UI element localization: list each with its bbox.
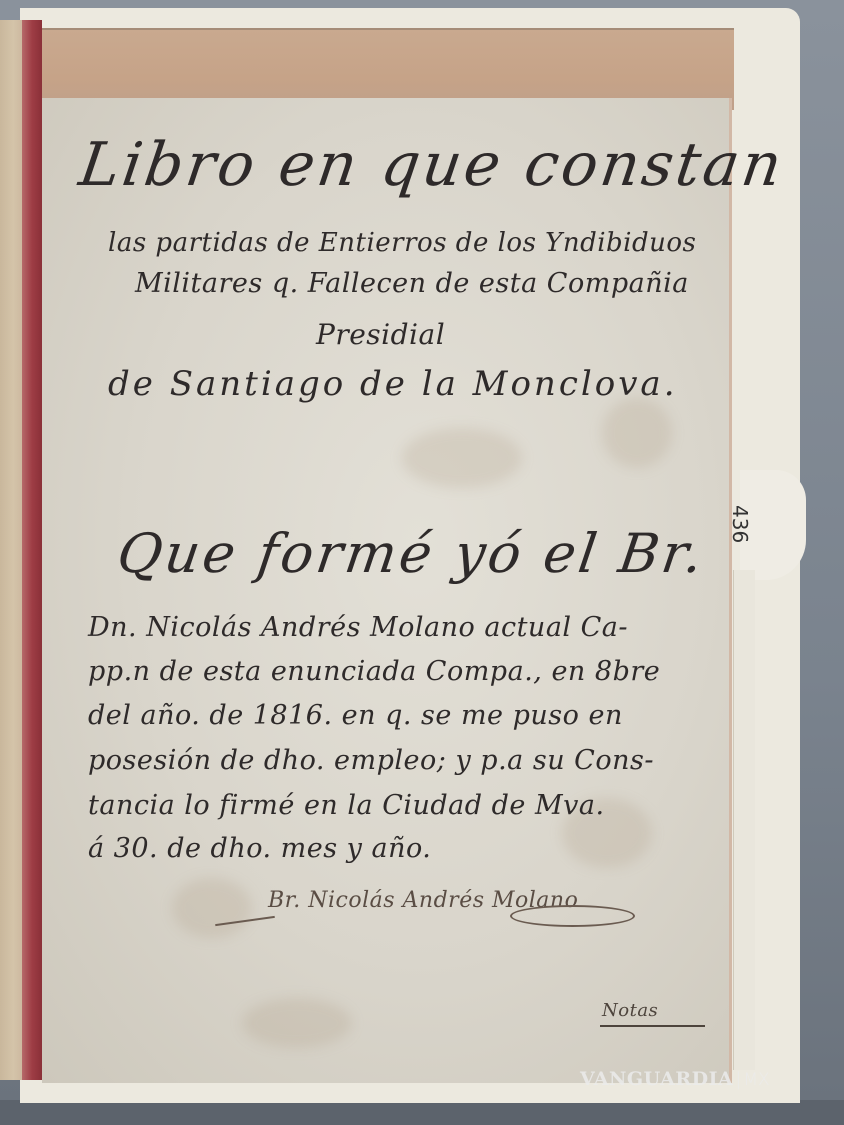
title-line-2: las partidas de Entierros de los Yndibid… bbox=[108, 228, 696, 258]
water-stain bbox=[402, 428, 522, 488]
body-line-5: tancia lo firmé en la Ciudad de Mva. bbox=[88, 790, 605, 821]
heading-line: Que formé yó el Br. bbox=[114, 522, 710, 585]
watermark: VANGUARDIA | MX bbox=[580, 1068, 770, 1090]
signature-flourish-icon bbox=[510, 905, 635, 927]
title-line-5: de Santiago de la Monclova. bbox=[108, 364, 678, 404]
title-line-1: Libro en que constan bbox=[75, 130, 789, 200]
title-line-4: Presidial bbox=[316, 318, 445, 351]
book-spine bbox=[0, 20, 22, 1080]
body-line-1: Dn. Nicolás Andrés Molano actual Ca- bbox=[88, 612, 628, 643]
water-stain bbox=[602, 398, 672, 468]
title-line-3: Militares q. Fallecen de esta Compañia bbox=[135, 268, 689, 299]
water-stain bbox=[242, 998, 352, 1048]
table-surface bbox=[0, 1100, 844, 1125]
watermark-tld: MX bbox=[743, 1070, 769, 1090]
watermark-separator: | bbox=[735, 1069, 741, 1090]
water-stain bbox=[172, 878, 252, 938]
notes-label: Notas bbox=[602, 1000, 658, 1021]
folio-number: 436 bbox=[728, 505, 752, 543]
red-binding-edge bbox=[22, 20, 42, 1080]
body-line-3: del año. de 1816. en q. se me puso en bbox=[88, 700, 623, 731]
watermark-brand: VANGUARDIA bbox=[580, 1068, 733, 1090]
notes-underline bbox=[600, 1025, 705, 1027]
folder-edge bbox=[733, 570, 755, 1070]
body-line-6: á 30. de dho. mes y año. bbox=[88, 833, 431, 864]
body-line-2: pp.n de esta enunciada Compa., en 8bre bbox=[88, 656, 660, 687]
body-line-4: posesión de dho. empleo; y p.a su Cons- bbox=[88, 745, 654, 776]
